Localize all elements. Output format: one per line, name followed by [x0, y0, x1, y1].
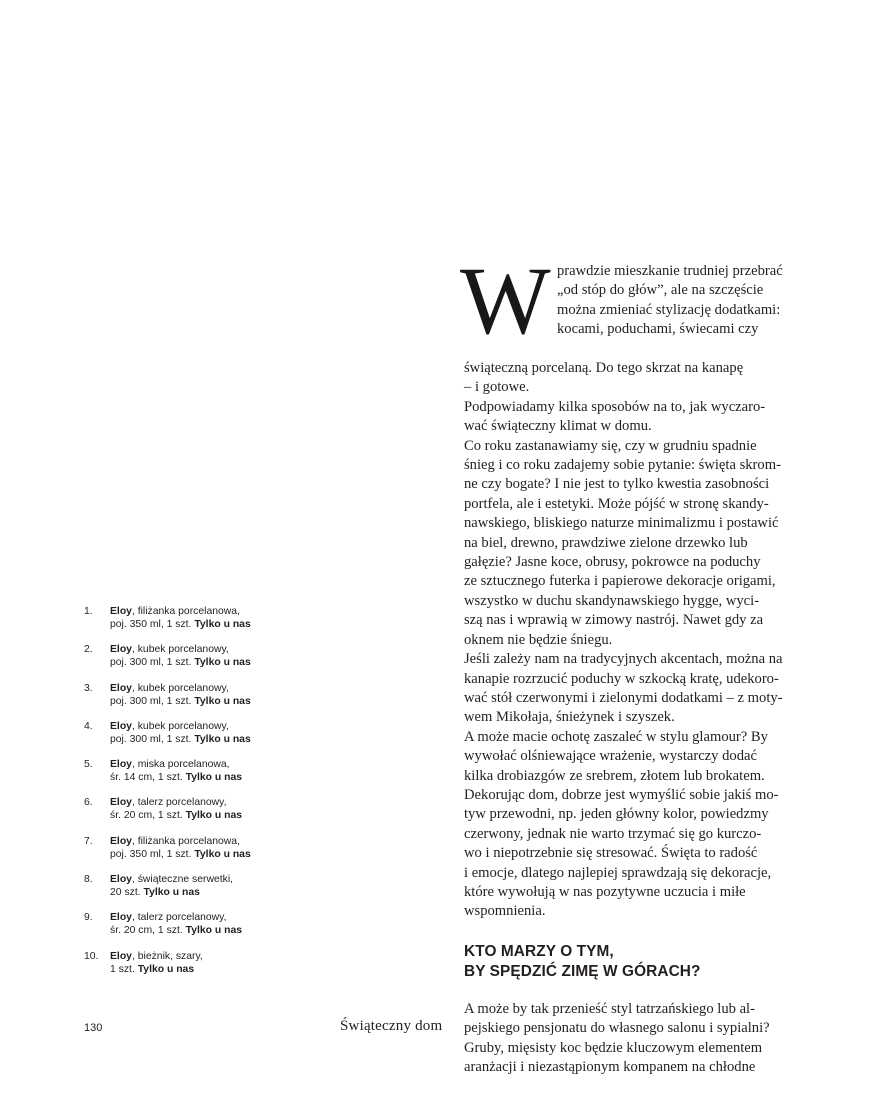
drop-cap: W [460, 260, 549, 342]
body-text-line: Co roku zastanawiamy się, czy w grudniu … [464, 437, 794, 456]
product-description: , świąteczne serwetki, [132, 874, 233, 885]
product-number: 4. [84, 720, 93, 733]
body-text-line: które wywołują w nas pozytywne uczucia i… [464, 883, 794, 902]
product-list-item: 7.Eloy, filiżanka porcelanowa,poj. 350 m… [84, 835, 284, 860]
exclusive-badge: Tylko u nas [186, 810, 242, 821]
product-details: poj. 350 ml, 1 szt. [110, 619, 194, 630]
product-detail-line: poj. 350 ml, 1 szt. Tylko u nas [110, 848, 284, 861]
product-number: 9. [84, 911, 93, 924]
product-detail-line: 20 szt. Tylko u nas [110, 886, 284, 899]
product-number: 1. [84, 605, 93, 618]
product-detail-line: poj. 350 ml, 1 szt. Tylko u nas [110, 618, 284, 631]
product-details: poj. 300 ml, 1 szt. [110, 696, 194, 707]
intro-line: „od stóp do głów”, ale na szczęście [557, 281, 794, 300]
article-intro: W prawdzie mieszkanie trudniej przebrać … [464, 262, 794, 359]
running-title: Świąteczny dom [340, 1017, 442, 1035]
product-detail-line: 1 szt. Tylko u nas [110, 963, 284, 976]
exclusive-badge: Tylko u nas [194, 849, 250, 860]
body-text-line: portfela, ale i estetyki. Może pójść w s… [464, 495, 794, 514]
product-details: 20 szt. [110, 887, 144, 898]
product-title-line: Eloy, kubek porcelanowy, [110, 720, 284, 733]
product-number: 6. [84, 796, 93, 809]
body-text-line: tyw przewodni, np. jeden główny kolor, p… [464, 805, 794, 824]
body-text-line: świąteczną porcelaną. Do tego skrzat na … [464, 359, 794, 378]
body-text-line: oknem nie będzie śniegu. [464, 631, 794, 650]
product-brand: Eloy [110, 797, 132, 808]
product-detail-line: poj. 300 ml, 1 szt. Tylko u nas [110, 656, 284, 669]
product-description: , kubek porcelanowy, [132, 683, 229, 694]
product-detail-line: poj. 300 ml, 1 szt. Tylko u nas [110, 733, 284, 746]
product-details: poj. 350 ml, 1 szt. [110, 849, 194, 860]
product-number: 3. [84, 682, 93, 695]
product-title-line: Eloy, talerz porcelanowy, [110, 796, 284, 809]
product-detail-line: poj. 300 ml, 1 szt. Tylko u nas [110, 695, 284, 708]
product-number: 8. [84, 873, 93, 886]
body-text-line: wo i niepotrzebnie się stresować. Święta… [464, 844, 794, 863]
body-text-line: A może macie ochotę zaszaleć w stylu gla… [464, 728, 794, 747]
body-text-line: wać świąteczny klimat w domu. [464, 417, 794, 436]
product-list-item: 10.Eloy, bieżnik, szary,1 szt. Tylko u n… [84, 950, 284, 975]
product-list-item: 4.Eloy, kubek porcelanowy,poj. 300 ml, 1… [84, 720, 284, 745]
exclusive-badge: Tylko u nas [144, 887, 200, 898]
section-heading: KTO MARZY O TYM, BY SPĘDZIĆ ZIMĘ W GÓRAC… [464, 942, 794, 982]
body-text-line: aranżacji i niezastąpionym kompanem na c… [464, 1058, 794, 1077]
body-text-line: – i gotowe. [464, 378, 794, 397]
article-paragraphs: świąteczną porcelaną. Do tego skrzat na … [464, 359, 794, 922]
body-text-line: Gruby, mięsisty koc będzie kluczowym ele… [464, 1039, 794, 1058]
intro-line: prawdzie mieszkanie trudniej przebrać [557, 262, 794, 281]
body-text-line: Podpowiadamy kilka sposobów na to, jak w… [464, 398, 794, 417]
body-text-line: wszystko w duchu skandynawskiego hygge, … [464, 592, 794, 611]
product-title-line: Eloy, bieżnik, szary, [110, 950, 284, 963]
product-brand: Eloy [110, 683, 132, 694]
product-title-line: Eloy, filiżanka porcelanowa, [110, 835, 284, 848]
exclusive-badge: Tylko u nas [194, 619, 250, 630]
exclusive-badge: Tylko u nas [138, 964, 194, 975]
exclusive-badge: Tylko u nas [186, 925, 242, 936]
body-text-line: wem Mikołaja, śnieżynek i szyszek. [464, 708, 794, 727]
product-details: poj. 300 ml, 1 szt. [110, 657, 194, 668]
article-continuation: A może by tak przenieść styl tatrzańskie… [464, 1000, 794, 1078]
product-brand: Eloy [110, 721, 132, 732]
exclusive-badge: Tylko u nas [194, 734, 250, 745]
product-details: śr. 14 cm, 1 szt. [110, 772, 186, 783]
body-text-line: i emocje, dlatego najlepiej sprawdzają s… [464, 864, 794, 883]
product-list-item: 3.Eloy, kubek porcelanowy,poj. 300 ml, 1… [84, 682, 284, 707]
body-text-line: A może by tak przenieść styl tatrzańskie… [464, 1000, 794, 1019]
exclusive-badge: Tylko u nas [186, 772, 242, 783]
body-text-line: wywołać olśniewające wrażenie, wystarczy… [464, 747, 794, 766]
product-list-item: 2.Eloy, kubek porcelanowy,poj. 300 ml, 1… [84, 643, 284, 668]
product-description: , bieżnik, szary, [132, 951, 203, 962]
product-brand: Eloy [110, 644, 132, 655]
product-list-item: 8.Eloy, świąteczne serwetki,20 szt. Tylk… [84, 873, 284, 898]
product-number: 5. [84, 758, 93, 771]
product-brand: Eloy [110, 912, 132, 923]
body-text-line: ne czy bogate? I nie jest to tylko kwest… [464, 475, 794, 494]
body-text-line: kilka drobiazgów ze srebrem, złotem lub … [464, 767, 794, 786]
product-details: śr. 20 cm, 1 szt. [110, 925, 186, 936]
product-number: 7. [84, 835, 93, 848]
product-description: , kubek porcelanowy, [132, 721, 229, 732]
product-brand: Eloy [110, 836, 132, 847]
product-list-item: 9.Eloy, talerz porcelanowy,śr. 20 cm, 1 … [84, 911, 284, 936]
product-brand: Eloy [110, 951, 132, 962]
product-number: 10. [84, 950, 98, 963]
body-text-line: Dekorując dom, dobrze jest wymyślić sobi… [464, 786, 794, 805]
body-text-line: wspomnienia. [464, 902, 794, 921]
exclusive-badge: Tylko u nas [194, 696, 250, 707]
product-list: 1.Eloy, filiżanka porcelanowa,poj. 350 m… [84, 605, 284, 988]
product-title-line: Eloy, kubek porcelanowy, [110, 682, 284, 695]
section-heading-line: BY SPĘDZIĆ ZIMĘ W GÓRACH? [464, 962, 794, 982]
product-details: 1 szt. [110, 964, 138, 975]
product-description: , filiżanka porcelanowa, [132, 606, 240, 617]
product-details: śr. 20 cm, 1 szt. [110, 810, 186, 821]
product-title-line: Eloy, kubek porcelanowy, [110, 643, 284, 656]
body-text-line: wać stół czerwonymi i zielonymi dodatkam… [464, 689, 794, 708]
body-text-line: Jeśli zależy nam na tradycyjnych akcenta… [464, 650, 794, 669]
body-text-line: śnieg i co roku zadajemy sobie pytanie: … [464, 456, 794, 475]
product-title-line: Eloy, filiżanka porcelanowa, [110, 605, 284, 618]
body-text-line: pejskiego pensjonatu do własnego salonu … [464, 1019, 794, 1038]
product-description: , talerz porcelanowy, [132, 912, 227, 923]
body-text-line: na biel, drewno, prawdziwe zielone drzew… [464, 534, 794, 553]
product-title-line: Eloy, miska porcelanowa, [110, 758, 284, 771]
product-description: , talerz porcelanowy, [132, 797, 227, 808]
product-description: , miska porcelanowa, [132, 759, 230, 770]
body-text-line: szą nas i wprawią w zimowy nastrój. Nawe… [464, 611, 794, 630]
product-description: , filiżanka porcelanowa, [132, 836, 240, 847]
product-list-item: 6.Eloy, talerz porcelanowy,śr. 20 cm, 1 … [84, 796, 284, 821]
product-detail-line: śr. 14 cm, 1 szt. Tylko u nas [110, 771, 284, 784]
product-description: , kubek porcelanowy, [132, 644, 229, 655]
intro-line: można zmieniać stylizację dodatkami: [557, 301, 794, 320]
product-detail-line: śr. 20 cm, 1 szt. Tylko u nas [110, 924, 284, 937]
page-number: 130 [84, 1021, 102, 1035]
body-text-line: gałęzie? Jasne koce, obrusy, pokrowce na… [464, 553, 794, 572]
article-body: W prawdzie mieszkanie trudniej przebrać … [464, 262, 794, 1077]
product-brand: Eloy [110, 759, 132, 770]
exclusive-badge: Tylko u nas [194, 657, 250, 668]
product-number: 2. [84, 643, 93, 656]
section-heading-line: KTO MARZY O TYM, [464, 942, 794, 962]
magazine-page: W prawdzie mieszkanie trudniej przebrać … [0, 0, 871, 1117]
product-list-item: 5.Eloy, miska porcelanowa,śr. 14 cm, 1 s… [84, 758, 284, 783]
product-detail-line: śr. 20 cm, 1 szt. Tylko u nas [110, 809, 284, 822]
body-text-line: czerwony, jednak nie warto trzymać się g… [464, 825, 794, 844]
body-text-line: nawskiego, bliskiego naturze minimalizmu… [464, 514, 794, 533]
body-text-line: kanapie rozrzucić poduchy w szkocką krat… [464, 670, 794, 689]
product-brand: Eloy [110, 606, 132, 617]
product-brand: Eloy [110, 874, 132, 885]
product-title-line: Eloy, talerz porcelanowy, [110, 911, 284, 924]
body-text-line: ze sztucznego futerka i papierowe dekora… [464, 572, 794, 591]
product-title-line: Eloy, świąteczne serwetki, [110, 873, 284, 886]
product-details: poj. 300 ml, 1 szt. [110, 734, 194, 745]
intro-line: kocami, poduchami, świecami czy [557, 320, 794, 339]
product-list-item: 1.Eloy, filiżanka porcelanowa,poj. 350 m… [84, 605, 284, 630]
